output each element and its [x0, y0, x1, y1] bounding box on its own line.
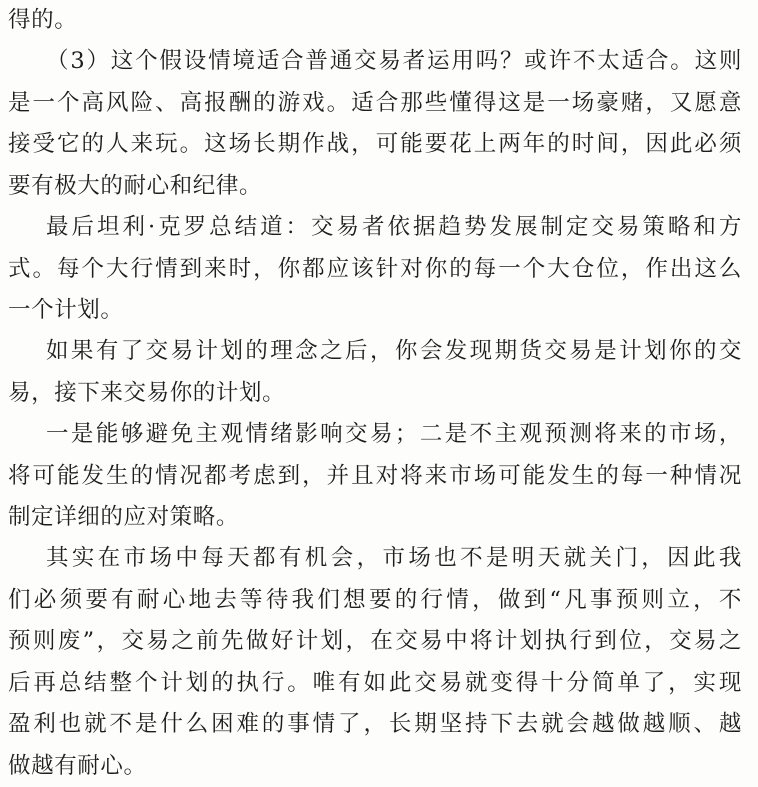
text-line: 如果有了交易计划的理念之后，你会发现期货交易是计划你的交: [8, 335, 742, 367]
text-line: 要有极大的耐心和纪律。: [8, 170, 262, 202]
text-line: 一个计划。: [8, 294, 124, 326]
text-line: 接受它的人来玩。这场长期作战，可能要花上两年的时间，因此必须: [8, 128, 742, 160]
text-line: 做越有耐心。: [8, 750, 147, 782]
text-line: 预则废”，交易之前先做好计划，在交易中将计划执行到位，交易之: [8, 625, 742, 657]
text-line: 易，接下来交易你的计划。: [8, 377, 285, 409]
text-line: 们必须要有耐心地去等待我们想要的行情，做到“凡事预则立，不: [8, 584, 742, 616]
text-line: 式。每个大行情到来时，你都应该针对你的每一个大仓位，作出这么: [8, 253, 742, 285]
text-line: （3）这个假设情境适合普通交易者运用吗？或许不太适合。这则: [8, 45, 742, 77]
text-line: 得的。: [8, 4, 77, 36]
text-line: 其实在市场中每天都有机会，市场也不是明天就关门，因此我: [8, 542, 742, 574]
text-line: 是一个高风险、高报酬的游戏。适合那些懂得这是一场豪赌，又愿意: [8, 87, 742, 119]
text-line: 一是能够避免主观情绪影响交易；二是不主观预测将来的市场，: [8, 418, 742, 450]
text-line: 后再总结整个计划的执行。唯有如此交易就变得十分简单了，实现: [8, 667, 742, 699]
text-line: 最后坦利·克罗总结道：交易者依据趋势发展制定交易策略和方: [8, 211, 742, 243]
text-line: 将可能发生的情况都考虑到，并且对将来市场可能发生的每一种情况: [8, 460, 742, 492]
text-line: 盈利也就不是什么困难的事情了，长期坚持下去就会越做越顺、越: [8, 708, 742, 740]
text-line: 制定详细的应对策略。: [8, 501, 239, 533]
